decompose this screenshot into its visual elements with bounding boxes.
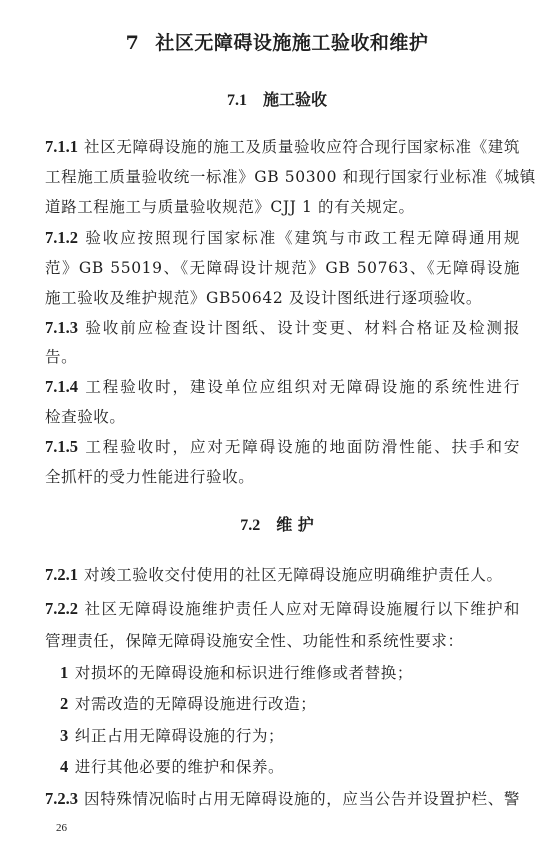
item-text: 进行其他必要的维护和保养。 <box>75 758 284 776</box>
clause-text: 施工验收及维护规范》GB50642 及设计图纸进行逐项验收。 <box>45 289 482 307</box>
clause-number: 7.2.3 <box>45 789 78 808</box>
item-number: 1 <box>60 663 69 682</box>
section-title-text: 维 护 <box>276 515 314 534</box>
clause-text: 对竣工验收交付使用的社区无障碍设施应明确维护责任人。 <box>84 566 503 584</box>
clause-line: 7.2.2社区无障碍设施维护责任人应对无障碍设施履行以下维护和 <box>45 599 520 619</box>
list-item: 1对损坏的无障碍设施和标识进行维修或者替换； <box>60 663 520 683</box>
clause-line: 施工验收及维护规范》GB50642 及设计图纸进行逐项验收。 <box>45 288 520 308</box>
chapter-number: 7 <box>126 32 140 54</box>
clause-text: 验收应按照现行国家标准《建筑与市政工程无障碍通用规 <box>84 229 520 247</box>
clause-number: 7.1.3 <box>45 318 78 337</box>
section-number: 7.2 <box>240 517 260 534</box>
section-title-text: 施工验收 <box>263 90 327 109</box>
item-text: 对需改造的无障碍设施进行改造； <box>75 695 317 713</box>
chapter-title: 7社区无障碍设施施工验收和维护 <box>0 28 554 55</box>
section-title-7-1: 7.1施工验收 <box>0 87 554 110</box>
clause-text: 管理责任，保障无障碍设施安全性、功能性和系统性要求： <box>45 632 464 650</box>
clause-text: 检查验收。 <box>45 408 126 426</box>
clause-line: 7.1.1社区无障碍设施的施工及质量验收应符合现行国家标准《建筑 <box>45 137 520 157</box>
clause-line: 告。 <box>45 347 520 367</box>
clause-number: 7.2.1 <box>45 565 78 584</box>
clause-text: 道路工程施工与质量验收规范》CJJ 1 的有关规定。 <box>45 198 415 216</box>
clause-line: 7.1.2验收应按照现行国家标准《建筑与市政工程无障碍通用规 <box>45 228 520 248</box>
clause-number: 7.1.1 <box>45 137 78 156</box>
clause-line: 检查验收。 <box>45 407 520 427</box>
clause-line: 7.2.1对竣工验收交付使用的社区无障碍设施应明确维护责任人。 <box>45 565 520 585</box>
section-number: 7.1 <box>227 92 247 109</box>
clause-text: 工程施工质量验收统一标准》GB 50300 和现行国家行业标准《城镇 <box>45 168 536 186</box>
section-title-7-2: 7.2维 护 <box>0 512 554 535</box>
clause-text: 验收前应检查设计图纸、设计变更、材料合格证及检测报 <box>84 319 520 337</box>
clause-number: 7.2.2 <box>45 599 78 618</box>
clause-line: 管理责任，保障无障碍设施安全性、功能性和系统性要求： <box>45 631 520 651</box>
clause-line: 7.1.4工程验收时，建设单位应组织对无障碍设施的系统性进行 <box>45 377 520 397</box>
clause-line: 7.2.3因特殊情况临时占用无障碍设施的，应当公告并设置护栏、警 <box>45 789 520 809</box>
clause-text: 工程验收时，应对无障碍设施的地面防滑性能、扶手和安 <box>84 438 520 456</box>
clause-number: 7.1.4 <box>45 377 78 396</box>
item-number: 4 <box>60 757 69 776</box>
clause-text: 社区无障碍设施维护责任人应对无障碍设施履行以下维护和 <box>84 600 520 618</box>
clause-line: 范》GB 55019、《无障碍设计规范》GB 50763、《无障碍设施 <box>45 258 520 278</box>
clause-line: 道路工程施工与质量验收规范》CJJ 1 的有关规定。 <box>45 197 520 217</box>
clause-line: 7.1.5工程验收时，应对无障碍设施的地面防滑性能、扶手和安 <box>45 437 520 457</box>
item-number: 3 <box>60 726 69 745</box>
clause-text: 因特殊情况临时占用无障碍设施的，应当公告并设置护栏、警 <box>84 790 520 808</box>
clause-line: 7.1.3验收前应检查设计图纸、设计变更、材料合格证及检测报 <box>45 318 520 338</box>
clause-text: 全抓杆的受力性能进行验收。 <box>45 468 254 486</box>
item-number: 2 <box>60 694 69 713</box>
clause-number: 7.1.2 <box>45 228 78 247</box>
chapter-title-text: 社区无障碍设施施工验收和维护 <box>155 32 428 54</box>
item-text: 纠正占用无障碍设施的行为； <box>75 727 284 745</box>
document-page: 7社区无障碍设施施工验收和维护 7.1施工验收 7.1.1社区无障碍设施的施工及… <box>0 0 554 855</box>
list-item: 2对需改造的无障碍设施进行改造； <box>60 694 520 714</box>
clause-text: 告。 <box>45 348 77 366</box>
clause-text: 工程验收时，建设单位应组织对无障碍设施的系统性进行 <box>84 378 520 396</box>
item-text: 对损坏的无障碍设施和标识进行维修或者替换； <box>75 664 413 682</box>
clause-text: 范》GB 55019、《无障碍设计规范》GB 50763、《无障碍设施 <box>45 259 520 277</box>
list-item: 3纠正占用无障碍设施的行为； <box>60 726 520 746</box>
list-item: 4进行其他必要的维护和保养。 <box>60 757 520 777</box>
clause-text: 社区无障碍设施的施工及质量验收应符合现行国家标准《建筑 <box>84 138 520 156</box>
clause-number: 7.1.5 <box>45 437 78 456</box>
clause-line: 工程施工质量验收统一标准》GB 50300 和现行国家行业标准《城镇 <box>45 167 520 187</box>
page-number: 26 <box>56 822 67 834</box>
clause-line: 全抓杆的受力性能进行验收。 <box>45 467 520 487</box>
